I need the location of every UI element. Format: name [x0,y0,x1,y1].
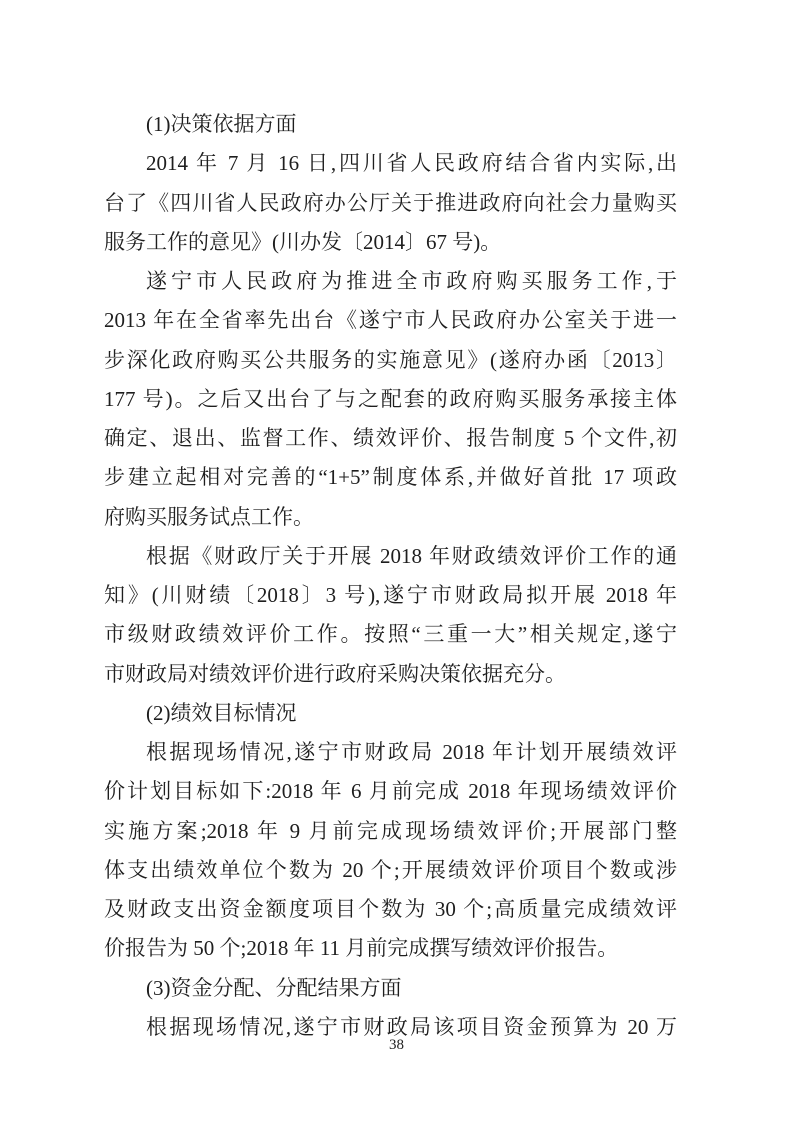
section-heading: (1)决策依据方面 [104,105,677,144]
text-line: 遂宁市人民政府为推进全市政府购买服务工作,于 [104,262,677,301]
paragraph: 2014 年 7 月 16 日,四川省人民政府结合省内实际,出台了《四川省人民政… [104,144,677,262]
text-line: 步建立起相对完善的“1+5”制度体系,并做好首批 17 项政 [104,458,677,497]
text-line: 确定、退出、监督工作、绩效评价、报告制度 5 个文件,初 [104,419,677,458]
text-line: (1)决策依据方面 [104,105,677,144]
text-line: 2014 年 7 月 16 日,四川省人民政府结合省内实际,出 [104,144,677,183]
paragraph: 根据现场情况,遂宁市财政局 2018 年计划开展绩效评价计划目标如下:2018 … [104,733,677,969]
page-number: 38 [0,1036,793,1054]
text-line: 实施方案;2018 年 9 月前完成现场绩效评价;开展部门整 [104,812,677,851]
document-body: (1)决策依据方面2014 年 7 月 16 日,四川省人民政府结合省内实际,出… [104,105,677,1047]
text-line: 及财政支出资金额度项目个数为 30 个;高质量完成绩效评 [104,890,677,929]
text-line: 市级财政绩效评价工作。按照“三重一大”相关规定,遂宁 [104,615,677,654]
text-line: 服务工作的意见》(川办发〔2014〕67 号)。 [104,223,677,262]
text-line: 市财政局对绩效评价进行政府采购决策依据充分。 [104,655,677,694]
text-line: 体支出绩效单位个数为 20 个;开展绩效评价项目个数或涉 [104,851,677,890]
text-line: 知》(川财绩〔2018〕3 号),遂宁市财政局拟开展 2018 年 [104,576,677,615]
text-line: 台了《四川省人民政府办公厅关于推进政府向社会力量购买 [104,184,677,223]
text-line: 177 号)。之后又出台了与之配套的政府购买服务承接主体 [104,380,677,419]
text-line: 根据《财政厅关于开展 2018 年财政绩效评价工作的通 [104,537,677,576]
text-line: 价报告为 50 个;2018 年 11 月前完成撰写绩效评价报告。 [104,929,677,968]
text-line: (2)绩效目标情况 [104,694,677,733]
section-heading: (3)资金分配、分配结果方面 [104,969,677,1008]
text-line: 府购买服务试点工作。 [104,498,677,537]
text-line: 步深化政府购买公共服务的实施意见》(遂府办函〔2013〕 [104,341,677,380]
text-line: 根据现场情况,遂宁市财政局 2018 年计划开展绩效评 [104,733,677,772]
text-line: 2013 年在全省率先出台《遂宁市人民政府办公室关于进一 [104,301,677,340]
text-line: (3)资金分配、分配结果方面 [104,969,677,1008]
document-page: (1)决策依据方面2014 年 7 月 16 日,四川省人民政府结合省内实际,出… [0,0,793,1122]
text-line: 价计划目标如下:2018 年 6 月前完成 2018 年现场绩效评价 [104,772,677,811]
section-heading: (2)绩效目标情况 [104,694,677,733]
paragraph: 遂宁市人民政府为推进全市政府购买服务工作,于2013 年在全省率先出台《遂宁市人… [104,262,677,537]
paragraph: 根据《财政厅关于开展 2018 年财政绩效评价工作的通知》(川财绩〔2018〕3… [104,537,677,694]
